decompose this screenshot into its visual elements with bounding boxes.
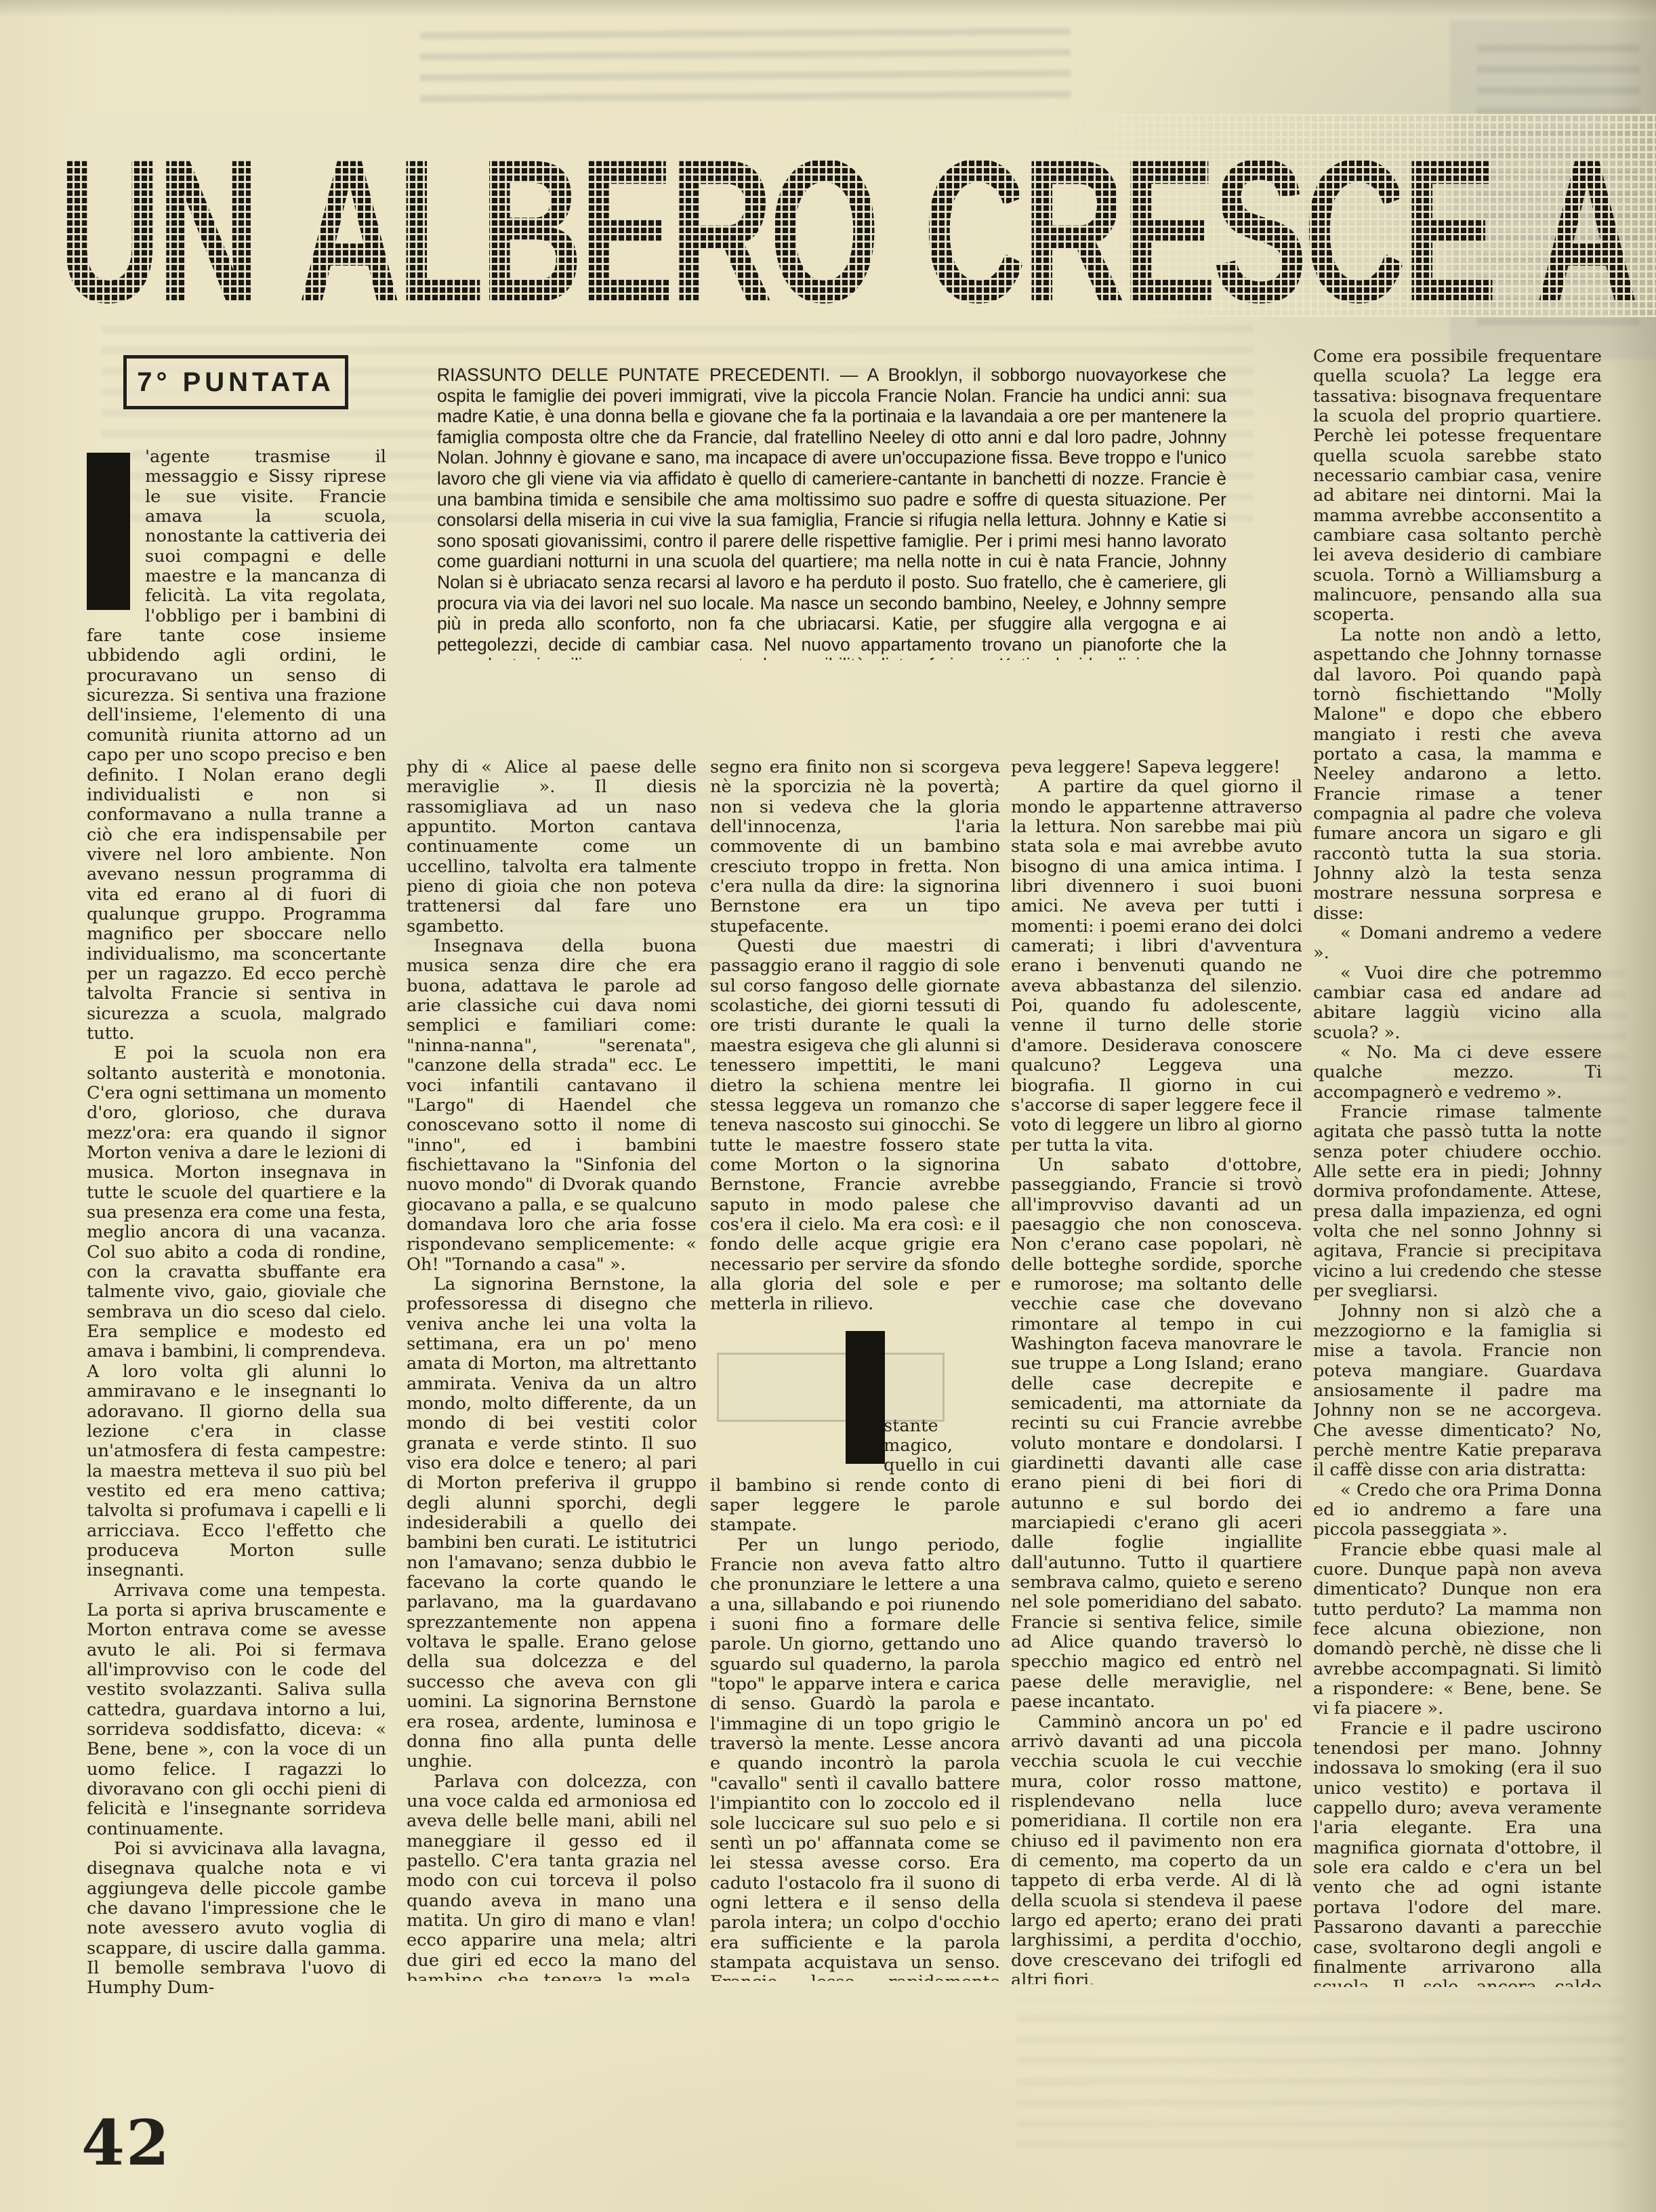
story-paragraph: « Domani andremo a vedere ». [1313, 924, 1602, 964]
recap-text: A Brooklyn, il sobborgo nuovayorkese che… [437, 365, 1226, 660]
recap-lead: RIASSUNTO DELLE PUNTATE PRECEDENTI. — [437, 365, 867, 385]
scan-shadow-right [1609, 0, 1656, 2212]
recap-paragraph: RIASSUNTO DELLE PUNTATE PRECEDENTI. — A … [437, 365, 1226, 660]
story-column-4: peva leggere! Sapeva leggere! A partire … [1011, 758, 1302, 1984]
story-paragraph: E poi la scuola non era soltanto austeri… [87, 1044, 386, 1580]
page-title: UN ALBERO CRESCE A B [58, 114, 1656, 317]
installment-box: 7° PUNTATA [123, 355, 348, 409]
page-number: 42 [81, 2106, 171, 2179]
story-paragraph: Questi due maestri di passaggio erano il… [710, 937, 1000, 1315]
story-paragraph: A partire da quel giorno il mondo le app… [1011, 777, 1302, 1155]
decorative-gap [710, 1315, 1000, 1416]
story-paragraph: Parlava con dolcezza, con una voce calda… [407, 1772, 697, 1981]
bleed-through-noise [420, 17, 1071, 103]
story-paragraph: La signorina Bernstone, la professoressa… [407, 1275, 697, 1772]
story-paragraph: « Vuoi dire che potremmo cambiar casa ed… [1313, 964, 1602, 1043]
recap-block: RIASSUNTO DELLE PUNTATE PRECEDENTI. — A … [437, 365, 1226, 660]
story-paragraph: « No. Ma ci deve essere qualche mezzo. T… [1313, 1043, 1602, 1103]
story-column-5: Come era possibile frequentare quella sc… [1313, 347, 1602, 1987]
dropcap-L-block [87, 453, 130, 610]
story-paragraph: Johnny non si alzò che a mezzogiorno e l… [1313, 1302, 1602, 1481]
masthead: UN ALBERO CRESCE A B [58, 114, 1656, 317]
story-paragraph: peva leggere! Sapeva leggere! [1011, 758, 1302, 777]
bleed-through-noise [1016, 1999, 1626, 2148]
story-paragraph: Insegnava della buona musica senza dire … [407, 937, 697, 1275]
scan-shadow-top [0, 0, 1656, 18]
story-column-2: phy di « Alice al paese delle meraviglie… [407, 758, 697, 1981]
story-column-3: segno era finito non si scorgeva nè la s… [710, 758, 1000, 1981]
story-paragraph: Arrivava come una tempesta. La porta si … [87, 1581, 386, 1839]
story-paragraph: Poi si avvicinava alla lavagna, disegnav… [87, 1839, 386, 1999]
story-paragraph: Francie e il padre uscirono tenendosi pe… [1313, 1719, 1602, 1987]
story-paragraph: Camminò ancora un po' ed arrivò davanti … [1011, 1713, 1302, 1985]
story-paragraph: Un sabato d'ottobre, passeggiando, Franc… [1011, 1155, 1302, 1713]
magazine-page: UN ALBERO CRESCE A B 7° PUNTATA RIASSUNT… [0, 0, 1656, 2212]
story-paragraph: 'agente trasmise il messaggio e Sissy ri… [87, 447, 386, 1044]
story-column-1: 'agente trasmise il messaggio e Sissy ri… [87, 447, 386, 2114]
story-paragraph: segno era finito non si scorgeva nè la s… [710, 758, 1000, 937]
story-paragraph: « Credo che ora Prima Donna ed io andrem… [1313, 1481, 1602, 1540]
story-paragraph: Francie ebbe quasi male al cuore. Dunque… [1313, 1540, 1602, 1719]
dropcap-I-block [846, 1331, 885, 1464]
story-paragraph: Come era possibile frequentare quella sc… [1313, 347, 1602, 626]
story-paragraph: La notte non andò a letto, aspettando ch… [1313, 626, 1602, 924]
installment-label: 7° PUNTATA [137, 367, 335, 398]
story-paragraph: Per un lungo periodo, Francie non aveva … [710, 1536, 1000, 1981]
story-paragraph: Francie rimase talmente agitata che pass… [1313, 1103, 1602, 1301]
story-paragraph: phy di « Alice al paese delle meraviglie… [407, 758, 697, 937]
bleed-through-box [717, 1353, 945, 1422]
